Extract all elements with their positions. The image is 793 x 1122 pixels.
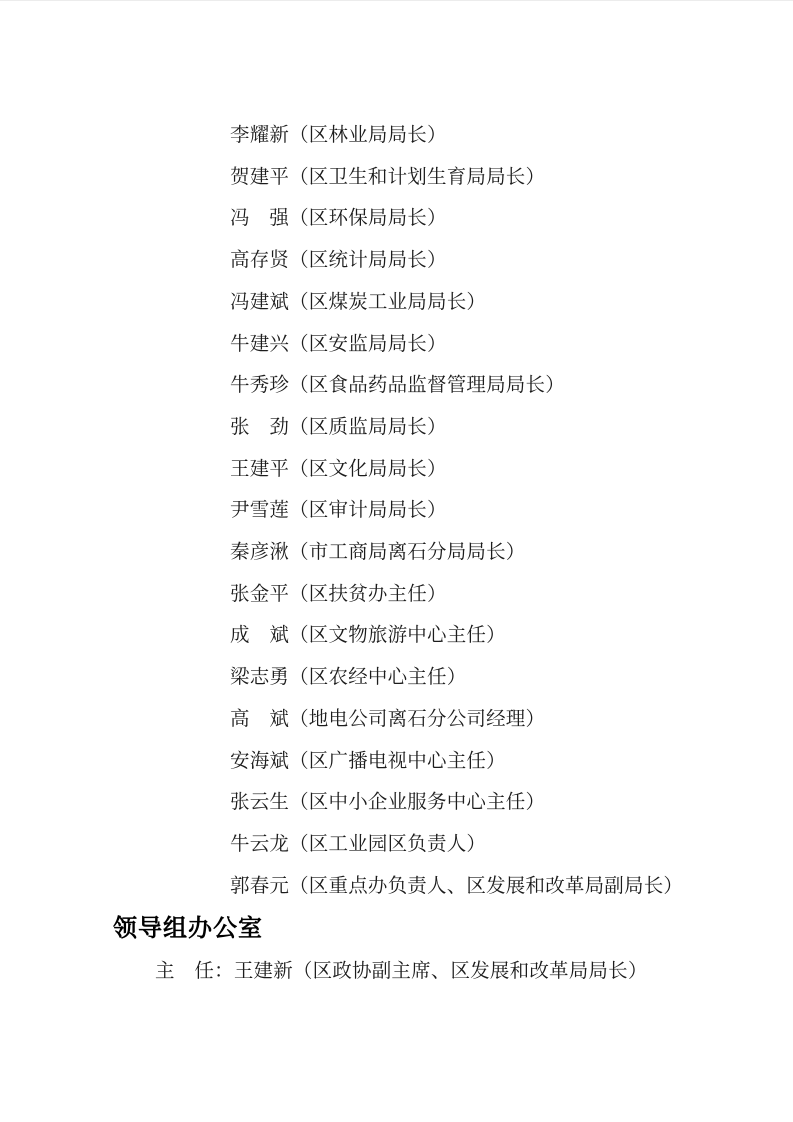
- roster-line: 梁志勇（区农经中心主任）: [230, 657, 793, 699]
- director-name-and-title: 王建新（区政协副主席、区发展和改革局局长）: [234, 961, 648, 982]
- leadership-roster: 李耀新（区林业局局长） 贺建平（区卫生和计划生育局局长） 冯 强（区环保局局长）…: [230, 115, 793, 907]
- roster-line: 张云生（区中小企业服务中心主任）: [230, 782, 793, 824]
- section-heading-leading-group-office: 领导组办公室: [113, 907, 793, 951]
- director-role-label: 主 任：: [155, 961, 234, 982]
- roster-line: 李耀新（区林业局局长）: [230, 115, 793, 157]
- roster-line: 高 斌（地电公司离石分公司经理）: [230, 699, 793, 741]
- roster-line: 冯建斌（区煤炭工业局局长）: [230, 282, 793, 324]
- roster-line: 牛秀珍（区食品药品监督管理局局长）: [230, 365, 793, 407]
- roster-line: 冯 强（区环保局局长）: [230, 198, 793, 240]
- document-page: 李耀新（区林业局局长） 贺建平（区卫生和计划生育局局长） 冯 强（区环保局局长）…: [0, 0, 793, 1122]
- roster-line: 高存贤（区统计局局长）: [230, 240, 793, 282]
- roster-line: 牛建兴（区安监局局长）: [230, 324, 793, 366]
- office-director-line: 主 任：王建新（区政协副主席、区发展和改革局局长）: [155, 951, 793, 993]
- roster-line: 张 劲（区质监局局长）: [230, 407, 793, 449]
- roster-line: 贺建平（区卫生和计划生育局局长）: [230, 157, 793, 199]
- roster-line: 张金平（区扶贫办主任）: [230, 574, 793, 616]
- roster-line: 牛云龙（区工业园区负责人）: [230, 824, 793, 866]
- roster-line: 秦彦湫（市工商局离石分局局长）: [230, 532, 793, 574]
- roster-line: 王建平（区文化局局长）: [230, 449, 793, 491]
- roster-line: 郭春元（区重点办负责人、区发展和改革局副局长）: [230, 866, 793, 908]
- roster-line: 成 斌（区文物旅游中心主任）: [230, 615, 793, 657]
- roster-line: 安海斌（区广播电视中心主任）: [230, 741, 793, 783]
- roster-line: 尹雪莲（区审计局局长）: [230, 490, 793, 532]
